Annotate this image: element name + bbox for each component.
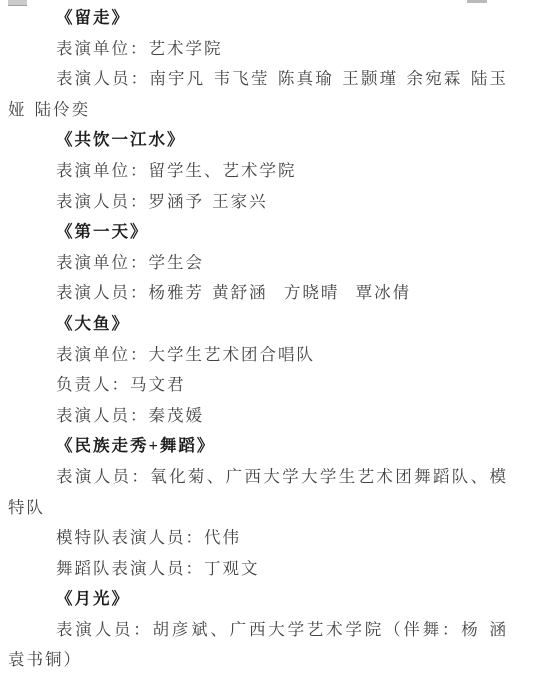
performers: 表演人员：罗涵予 王家兴 <box>8 187 508 218</box>
song-title: 《留走》 <box>8 3 508 34</box>
song-title: 《月光》 <box>8 584 508 615</box>
performers: 表演人员：胡彦斌、广西大学艺术学院（伴舞：杨 涵 袁书铜） <box>8 615 508 676</box>
performing-unit: 表演单位：学生会 <box>8 248 508 279</box>
person-in-charge: 负责人：马文君 <box>8 370 508 401</box>
song-title: 《大鱼》 <box>8 309 508 340</box>
dance-team-performers: 舞蹈队表演人员：丁观文 <box>8 554 508 585</box>
top-left-edge-artifact <box>8 0 27 6</box>
song-title: 《民族走秀+舞蹈》 <box>8 431 508 462</box>
performing-unit: 表演单位：留学生、艺术学院 <box>8 156 508 187</box>
performing-unit: 表演单位：艺术学院 <box>8 34 508 65</box>
song-title: 《共饮一江水》 <box>8 125 508 156</box>
song-title: 《第一天》 <box>8 217 508 248</box>
performers: 表演人员：氧化菊、广西大学大学生艺术团舞蹈队、模特队 <box>8 462 508 523</box>
performers: 表演人员：杨雅芳 黄舒涵 方晓晴 覃冰倩 <box>8 278 508 309</box>
program-list: 《留走》 表演单位：艺术学院 表演人员：南宇凡 韦飞莹 陈真瑜 王颢瑾 余宛霖 … <box>0 0 548 676</box>
performers: 表演人员：秦茂媛 <box>8 401 508 432</box>
top-right-edge-artifact <box>467 0 487 3</box>
performers: 表演人员：南宇凡 韦飞莹 陈真瑜 王颢瑾 余宛霖 陆玉娅 陆伶奕 <box>8 64 508 125</box>
performing-unit: 表演单位：大学生艺术团合唱队 <box>8 340 508 371</box>
document-page: { "page": { "background_color": "#ffffff… <box>0 0 548 679</box>
model-team-performers: 模特队表演人员：代伟 <box>8 523 508 554</box>
